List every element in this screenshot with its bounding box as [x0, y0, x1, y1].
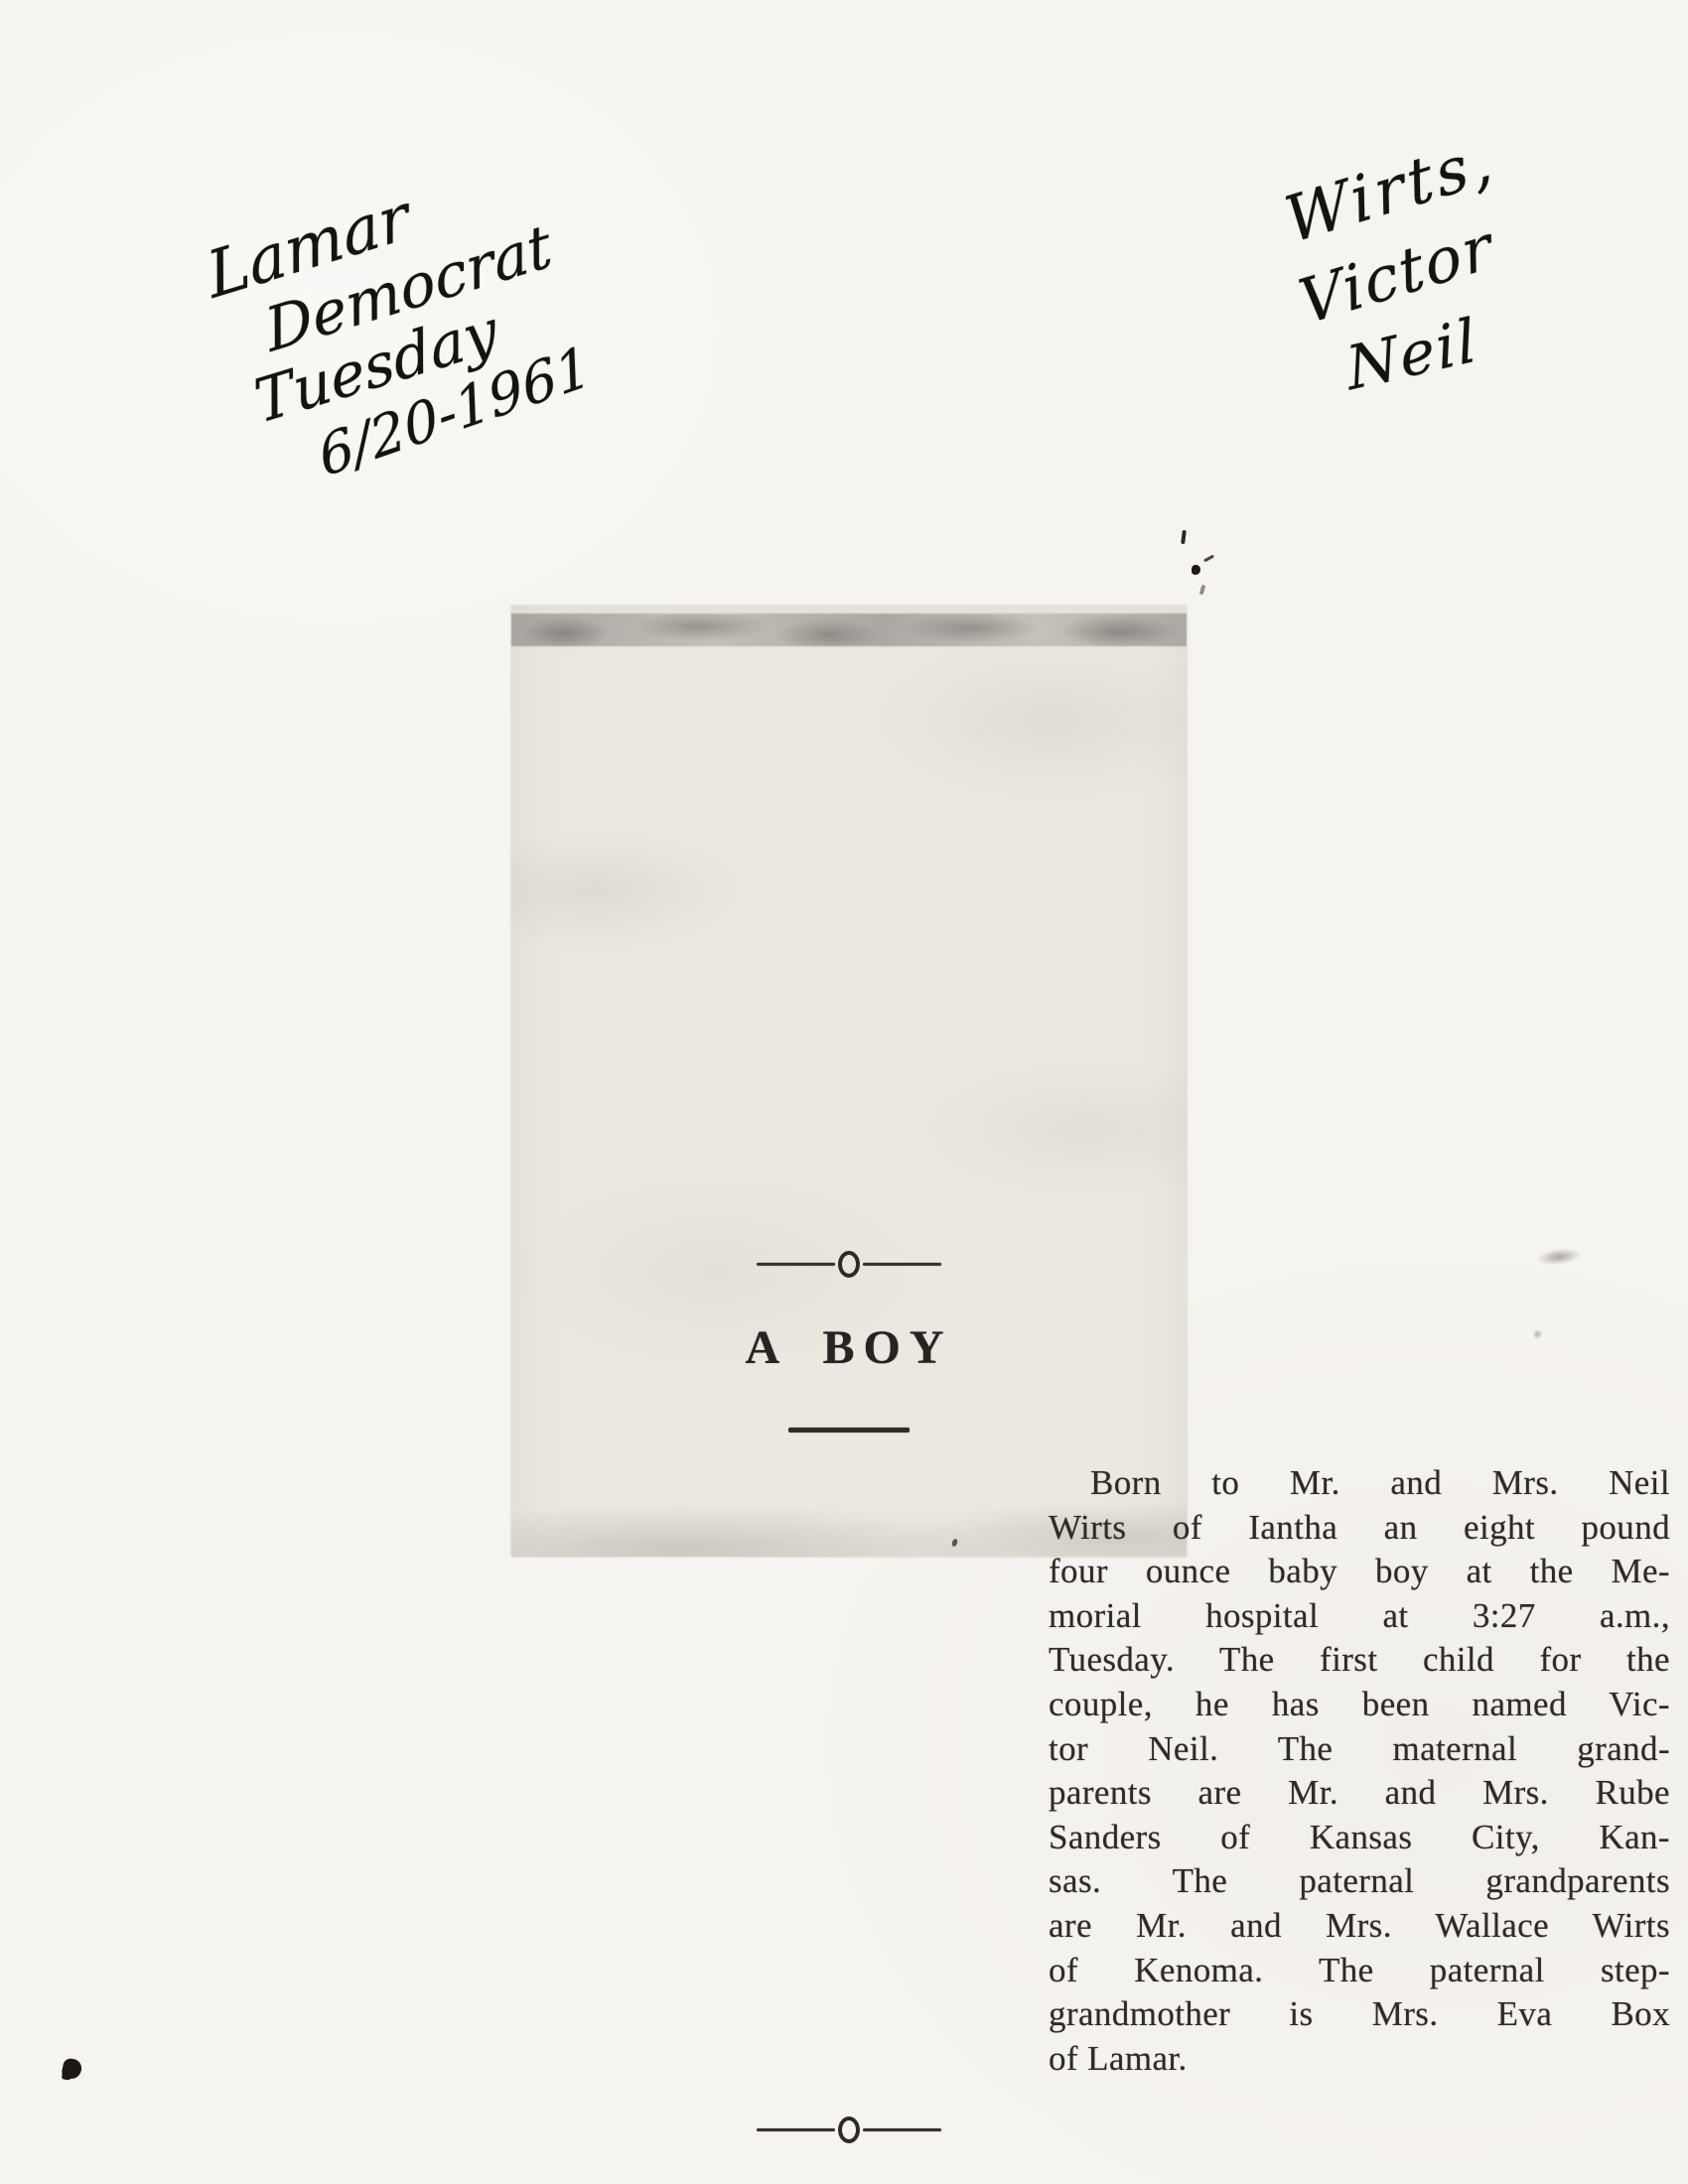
body-line: Tuesday. The first child for the: [1049, 1638, 1670, 1683]
headline-rule: [788, 1428, 910, 1433]
body-line: of Kenoma. The paternal step-: [1049, 1949, 1670, 1993]
body-line: Born to Mr. and Mrs. Neil: [1049, 1461, 1670, 1506]
body-line: Sanders of Kansas City, Kan-: [1049, 1816, 1670, 1860]
section-divider-ornament-bottom: [757, 2116, 941, 2143]
body-line: couple, he has been named Vic-: [1049, 1683, 1670, 1727]
body-line: of Lamar.: [1049, 2037, 1670, 2082]
body-line: Wirts of Iantha an eight pound: [1049, 1506, 1670, 1551]
ink-speck: [1199, 585, 1206, 596]
ink-speck: [1181, 530, 1187, 544]
divider-circle-icon: [838, 2116, 860, 2143]
clipping-body: Born to Mr. and Mrs. Neil Wirts of Ianth…: [1049, 1461, 1670, 2081]
body-line: four ounce baby boy at the Me-: [1049, 1550, 1670, 1594]
body-line: are Mr. and Mrs. Wallace Wirts: [1049, 1904, 1670, 1949]
ink-blob: [61, 2057, 83, 2081]
pencil-smudge: [1536, 1246, 1582, 1267]
body-line: parents are Mr. and Mrs. Rube: [1049, 1771, 1670, 1816]
scanned-page: Lamar Democrat Tuesday 6/20-1961 Wirts, …: [0, 0, 1688, 2184]
clipping-top-smudge: [511, 614, 1187, 646]
ink-speck: [1203, 555, 1214, 563]
pencil-smudge: [1533, 1328, 1542, 1340]
newspaper-clipping: A BOY Born to Mr. and Mrs. Neil Wirts of…: [511, 606, 1187, 1557]
body-line: grandmother is Mrs. Eva Box: [1049, 1992, 1670, 2037]
body-line: tor Neil. The maternal grand-: [1049, 1727, 1670, 1772]
body-line: morial hospital at 3:27 a.m.,: [1049, 1594, 1670, 1639]
section-divider-ornament-top: [757, 1251, 941, 1278]
clipping-headline: A BOY: [511, 1320, 1187, 1375]
divider-circle-icon: [838, 1251, 860, 1278]
ink-speck: [1192, 565, 1200, 575]
body-line: sas. The paternal grandparents: [1049, 1859, 1670, 1904]
